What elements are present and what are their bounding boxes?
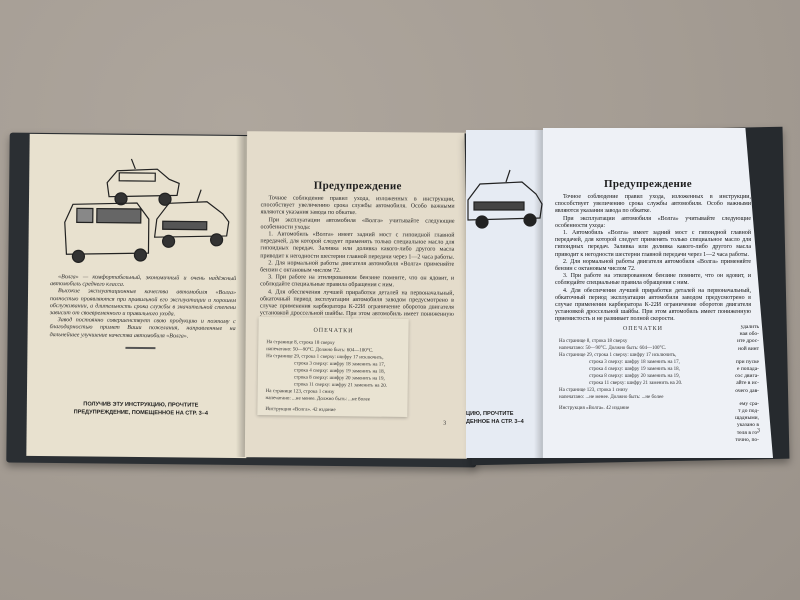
errata-line: На странице 123, строка 1 снизу (559, 387, 682, 394)
errata-line: напечатано: ...не менее. Должно быть: ..… (266, 395, 387, 404)
warning-text: Точное соблюдение правил ухода, изложенн… (260, 195, 455, 326)
errata-title: ОПЕЧАТКИ (258, 327, 408, 335)
warning-text: Точное соблюдение правил ухода, изложенн… (555, 194, 751, 324)
warning-paragraph: Точное соблюдение правил ухода, изложенн… (555, 194, 751, 216)
page-title: Предупреждение (247, 179, 469, 193)
fragment: щадными, (719, 415, 759, 422)
warning-paragraph: Точное соблюдение правил ухода, изложенн… (261, 195, 455, 218)
errata-line: строка 11 сверху: шифру 21 заменить на 2… (559, 380, 682, 387)
errata-line: напечатано: 50—90°С. Должно быть: 604—10… (559, 345, 682, 352)
warning-paragraph: 1. Автомобиль «Волга» имеет задний мост … (555, 230, 751, 259)
fragment: указано в (719, 422, 759, 429)
fragment: теля в го- (719, 430, 759, 437)
notice-fragment: ЦИЮ, ПРОЧТИТЕ ДЕННОЕ НА СТР. 3–4 (466, 410, 544, 426)
fragment: е попада- (719, 366, 759, 373)
errata-title: ОПЕЧАТКИ (603, 326, 683, 332)
errata-line: На странице 29, строка 1 сверху: шифру 1… (559, 352, 682, 359)
errata-line: строка 8 сверху: шифру 20 заменить на 19… (559, 373, 682, 380)
warning-paragraph: 2. Для нормальной работы двигателя автом… (555, 259, 751, 273)
fragment: при пуске (719, 359, 759, 366)
intro-paragraph: Высокие эксплуатационные качества автомо… (50, 288, 236, 319)
errata-line: На странице 8, строка 18 сверху (559, 338, 682, 345)
reprint-right-page: Предупреждение Точное соблюдение правил … (543, 128, 773, 458)
notice-line: ПРЕДУПРЕЖДЕНИЕ, ПОМЕЩЕННОЕ НА СТР. 3–4 (41, 408, 241, 418)
errata-line: напечатано: ...не менее. Должно быть: ..… (559, 394, 682, 401)
fragment: ему сра- (719, 401, 759, 408)
volga-car-illustration (466, 160, 544, 240)
fragment: очего дав- (719, 388, 759, 395)
intro-text: «Волга» — комфортабельный, экономичный и… (50, 274, 237, 341)
errata-line: строка 3 сверху: шифру 18 заменить на 17… (559, 359, 682, 366)
notice-line: ЦИЮ, ПРОЧТИТЕ (466, 410, 544, 418)
notice-line: ДЕННОЕ НА СТР. 3–4 (466, 418, 544, 426)
fragment: т до под- (719, 408, 759, 415)
divider-rule (125, 347, 155, 349)
errata-lines: На странице 8, строка 18 сверху напечата… (265, 339, 387, 415)
page-number: 3 (443, 421, 446, 427)
fragment: точно, по- (719, 437, 759, 444)
fragment: айте в ис- (719, 380, 759, 387)
reprint-left-page: ЦИЮ, ПРОЧТИТЕ ДЕННОЕ НА СТР. 3–4 (466, 130, 544, 458)
page-title: Предупреждение (543, 178, 753, 190)
intro-paragraph: Завод постоянно совершенствует свою прод… (50, 317, 236, 341)
notice-text: ПОЛУЧИВ ЭТУ ИНСТРУКЦИЮ, ПРОЧТИТЕ ПРЕДУПР… (41, 400, 241, 418)
warning-paragraph: При эксплуатации автомобиля «Волга» учит… (555, 216, 751, 230)
warning-paragraph: При эксплуатации автомобиля «Волга» учит… (260, 217, 454, 233)
fragment: ная обо- (719, 331, 759, 338)
errata-line: строка 4 сверху: шифру 19 заменить на 18… (559, 366, 682, 373)
errata-line: Инструкция «Волга». 42 издание (265, 406, 386, 415)
warning-paragraph: 3. При работе на этилированном бензине п… (260, 275, 454, 291)
original-left-page: «Волга» — комфортабельный, экономичный и… (26, 134, 249, 458)
page-number: 3 (757, 428, 760, 434)
warning-paragraph: 3. При работе на этилированном бензине п… (555, 273, 751, 287)
errata-line: Инструкция «Волга». 42 издание (559, 405, 682, 412)
side-column-fragments: удалить ная обо- ите дрос- ной винт при … (719, 324, 759, 444)
three-volga-cars-illustration (56, 152, 237, 274)
warning-paragraph: 1. Автомобиль «Волга» имеет задний мост … (260, 231, 454, 261)
warning-paragraph: 4. Для обеспечения лучшей приработки дет… (555, 288, 751, 324)
fragment: ите дрос- (719, 338, 759, 345)
reprint-errata-lines: На странице 8, строка 18 сверху напечата… (559, 338, 682, 412)
fragment: ной винт (719, 346, 759, 353)
errata-slip: ОПЕЧАТКИ На странице 8, строка 18 сверху… (257, 317, 408, 417)
